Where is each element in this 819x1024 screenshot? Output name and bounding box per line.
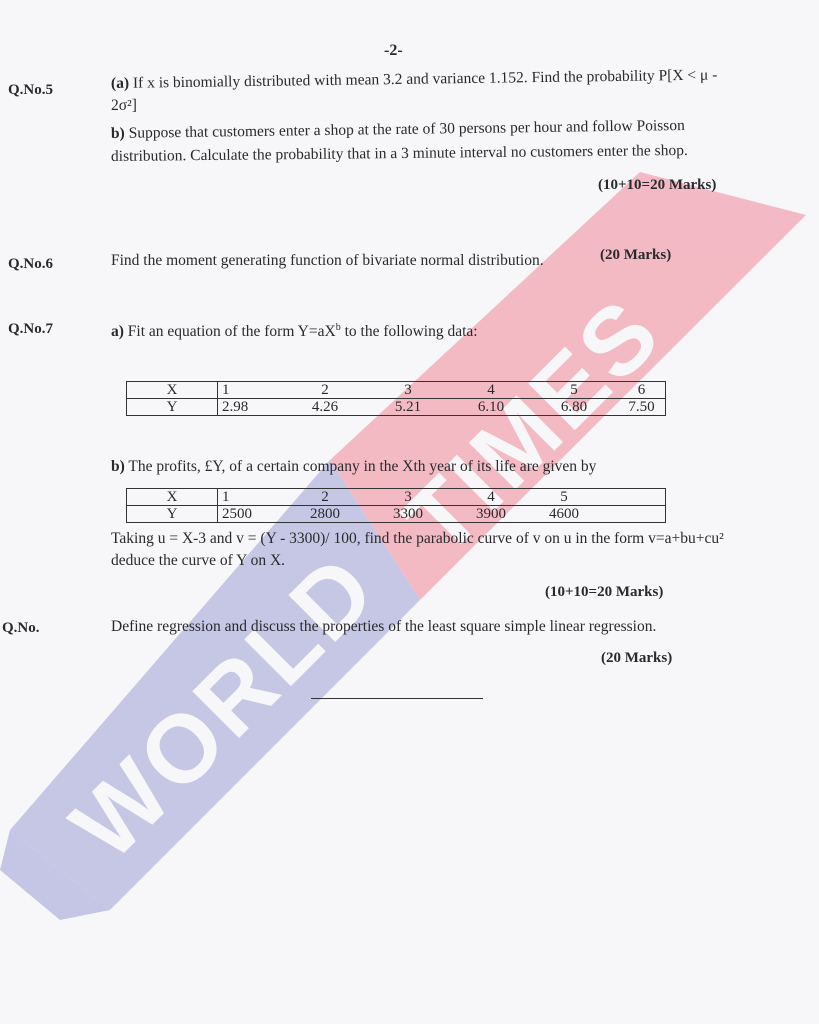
table-cell: 3300 — [364, 506, 452, 523]
q7b-data-table: X 1 2 3 4 5 Y 2500 2800 3300 3900 4600 — [126, 488, 666, 523]
q7a-label: a) — [111, 323, 124, 340]
q7b-text-main: The profits, £Y, of a certain company in… — [128, 458, 596, 475]
table-cell: 2 — [286, 382, 364, 399]
table-row-x: X 1 2 3 4 5 6 — [127, 382, 666, 399]
table-cell: 2500 — [218, 506, 287, 523]
table-row-x: X 1 2 3 4 5 — [127, 489, 666, 506]
q5a-label: (a) — [111, 75, 129, 92]
table-cell: 2 — [286, 489, 364, 506]
q6-text: Find the moment generating function of b… — [111, 251, 544, 271]
q5b-label: b) — [111, 125, 125, 142]
table-cell: 1 — [218, 382, 287, 399]
table-row-y: Y 2500 2800 3300 3900 4600 — [127, 506, 666, 523]
q8-text: Define regression and discuss the proper… — [111, 617, 656, 637]
q7-marks: (10+10=20 Marks) — [545, 584, 663, 601]
q6-marks: (20 Marks) — [600, 247, 671, 264]
question-number-5: Q.No.5 — [8, 82, 53, 99]
watermark-word-world: WORLD — [51, 534, 397, 880]
q5b-line2: distribution. Calculate the probability … — [111, 141, 688, 167]
table-cell: 7.50 — [618, 399, 666, 416]
table-cell: 5 — [530, 489, 598, 506]
end-divider-line — [311, 698, 483, 699]
table-cell: 5.21 — [364, 399, 452, 416]
q7a-text-main: Fit an equation of the form Y=aX — [128, 323, 336, 340]
q5-marks: (10+10=20 Marks) — [598, 177, 716, 194]
table-cell: 3 — [364, 489, 452, 506]
q7a-text: a) Fit an equation of the form Y=aXb to … — [111, 318, 478, 342]
table-cell: 5 — [530, 382, 618, 399]
question-number-7: Q.No.7 — [8, 321, 53, 338]
watermark-blue-band — [10, 460, 420, 910]
q7a-text-after: to the following data: — [341, 323, 478, 340]
table-cell: 6 — [618, 382, 666, 399]
table-cell: 4 — [452, 382, 530, 399]
q5b-line1: b) Suppose that customers enter a shop a… — [111, 116, 685, 144]
q8-marks: (20 Marks) — [601, 650, 672, 667]
exam-page: WORLD TIMES -2- Q.No.5 (a) If x is binom… — [0, 0, 819, 1024]
table-cell: 1 — [218, 489, 287, 506]
row-header-y: Y — [127, 506, 218, 523]
q5a-text: If x is binomially distributed with mean… — [133, 67, 718, 92]
q5a-line1: (a) If x is binomially distributed with … — [111, 66, 718, 94]
q7b-text: b) The profits, £Y, of a certain company… — [111, 457, 596, 477]
table-cell-empty — [598, 489, 666, 506]
q7b-instruction-line1: Taking u = X-3 and v = (Y - 3300)/ 100, … — [111, 529, 724, 549]
question-number-6: Q.No.6 — [8, 256, 53, 273]
q7a-data-table: X 1 2 3 4 5 6 Y 2.98 4.26 5.21 6.10 6.80… — [126, 381, 666, 416]
table-row-y: Y 2.98 4.26 5.21 6.10 6.80 7.50 — [127, 399, 666, 416]
table-cell-empty — [598, 506, 666, 523]
table-cell: 4 — [452, 489, 530, 506]
question-number-8: Q.No. — [2, 620, 40, 637]
q5a-line2: 2σ²] — [111, 96, 137, 116]
table-cell: 6.10 — [452, 399, 530, 416]
row-header-x: X — [127, 489, 218, 506]
page-number: -2- — [384, 42, 403, 60]
q5b-text: Suppose that customers enter a shop at t… — [129, 117, 685, 142]
table-cell: 2.98 — [218, 399, 287, 416]
table-cell: 3900 — [452, 506, 530, 523]
table-cell: 4.26 — [286, 399, 364, 416]
row-header-x: X — [127, 382, 218, 399]
table-cell: 6.80 — [530, 399, 618, 416]
q7b-instruction-line2: deduce the curve of Y on X. — [111, 551, 285, 571]
table-cell: 4600 — [530, 506, 598, 523]
table-cell: 3 — [364, 382, 452, 399]
row-header-y: Y — [127, 399, 218, 416]
q7b-label: b) — [111, 458, 125, 475]
table-cell: 2800 — [286, 506, 364, 523]
